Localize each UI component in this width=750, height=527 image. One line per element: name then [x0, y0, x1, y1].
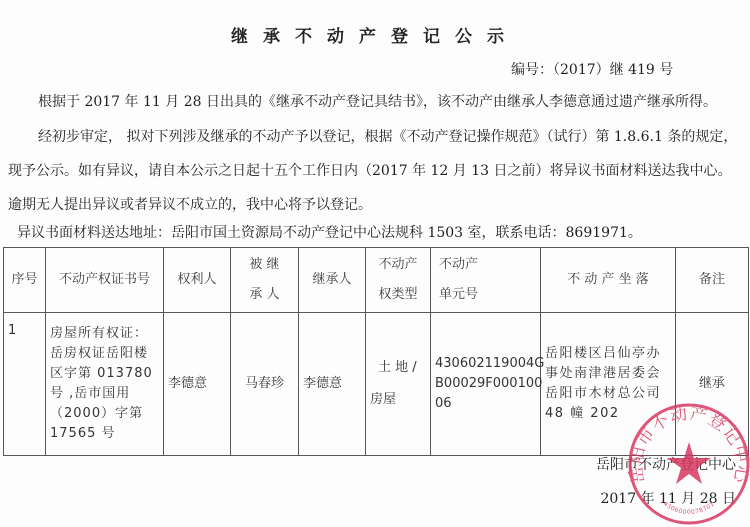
cell-remarks: 继承	[676, 313, 749, 456]
cell-cert-no: 房屋所有权证：岳房权证岳阳楼区字第 013780 号 ,岳市国用（2000）字第…	[46, 313, 164, 456]
signing-date: 2017 年 11 月 28 日	[600, 488, 736, 508]
cell-unit-no-line3: 06	[435, 394, 536, 414]
header-right-type-line2: 权类型	[370, 280, 426, 310]
cell-unit-no-line1: 430602119004G	[435, 354, 536, 374]
header-decedent: 被 继 承 人	[231, 248, 299, 313]
table-header-row: 序号 不动产权证书号 权利人 被 继 承 人 继承人 不动产 权类型 不动产 单…	[4, 248, 749, 313]
paragraph-objection-address: 异议书面材料送达地址：岳阳市国土资源局不动产登记中心法规科 1503 室，联系电…	[17, 222, 642, 242]
cell-unit-no-line2: B00029F000100	[435, 374, 536, 394]
header-unit-no: 不动产 单元号	[431, 248, 541, 313]
cell-right-type: 土 地 / 房屋	[366, 313, 431, 456]
cell-right-type-line2: 房屋	[370, 384, 426, 416]
cell-decedent: 马春珍	[231, 313, 299, 456]
header-right-type: 不动产 权类型	[366, 248, 431, 313]
header-remarks: 备注	[676, 248, 749, 313]
header-seq: 序号	[4, 248, 46, 313]
cell-right-type-line1: 土 地 /	[370, 352, 426, 384]
signing-organization: 岳阳市不动产登记中心	[596, 454, 736, 474]
cell-right-holder: 李德意	[164, 313, 231, 456]
cell-location-line1: 岳阳楼区吕仙亭办	[545, 344, 671, 364]
paragraph-review-line1: 经初步审定， 拟对下列涉及继承的不动产予以登记，根据《不动产登记操作规范》（试行…	[38, 126, 737, 146]
header-right-holder: 权利人	[164, 248, 231, 313]
registration-table: 序号 不动产权证书号 权利人 被 继 承 人 继承人 不动产 权类型 不动产 单…	[3, 247, 749, 456]
cell-location-line4: 48 幢 202	[545, 404, 671, 424]
header-decedent-line1: 被 继	[235, 250, 294, 280]
page-title: 继承不动产登记公示	[0, 22, 750, 47]
paragraph-basis: 根据于 2017 年 11 月 28 日出具的《继承不动产登记具结书》，该不动产…	[38, 91, 717, 111]
document-number: 编号：（2017）继 419 号	[511, 59, 673, 79]
header-decedent-line2: 承 人	[235, 280, 294, 310]
header-right-type-line1: 不动产	[370, 250, 426, 280]
cell-location-line3: 岳阳市木材总公司	[545, 384, 671, 404]
header-heir: 继承人	[299, 248, 366, 313]
header-cert-no: 不动产权证书号	[46, 248, 164, 313]
header-unit-no-line2: 单元号	[439, 280, 536, 310]
cell-seq: 1	[4, 313, 46, 456]
cell-unit-no: 430602119004G B00029F000100 06	[431, 313, 541, 456]
cell-location-line2: 事处南津港居委会	[545, 364, 671, 384]
table-row: 1 房屋所有权证：岳房权证岳阳楼区字第 013780 号 ,岳市国用（2000）…	[4, 313, 749, 456]
header-location: 不 动 产 坐 落	[541, 248, 676, 313]
paragraph-review-line3: 逾期无人提出异议或者异议不成立的，我中心将予以登记。	[8, 194, 372, 214]
cell-location: 岳阳楼区吕仙亭办 事处南津港居委会 岳阳市木材总公司 48 幢 202	[541, 313, 676, 456]
cell-heir: 李德意	[299, 313, 366, 456]
header-unit-no-line1: 不动产	[439, 250, 536, 280]
paragraph-review-line2: 现予公示。如有异议，请自本公示之日起十五个工作日内（2017 年 12 月 13…	[8, 160, 732, 180]
